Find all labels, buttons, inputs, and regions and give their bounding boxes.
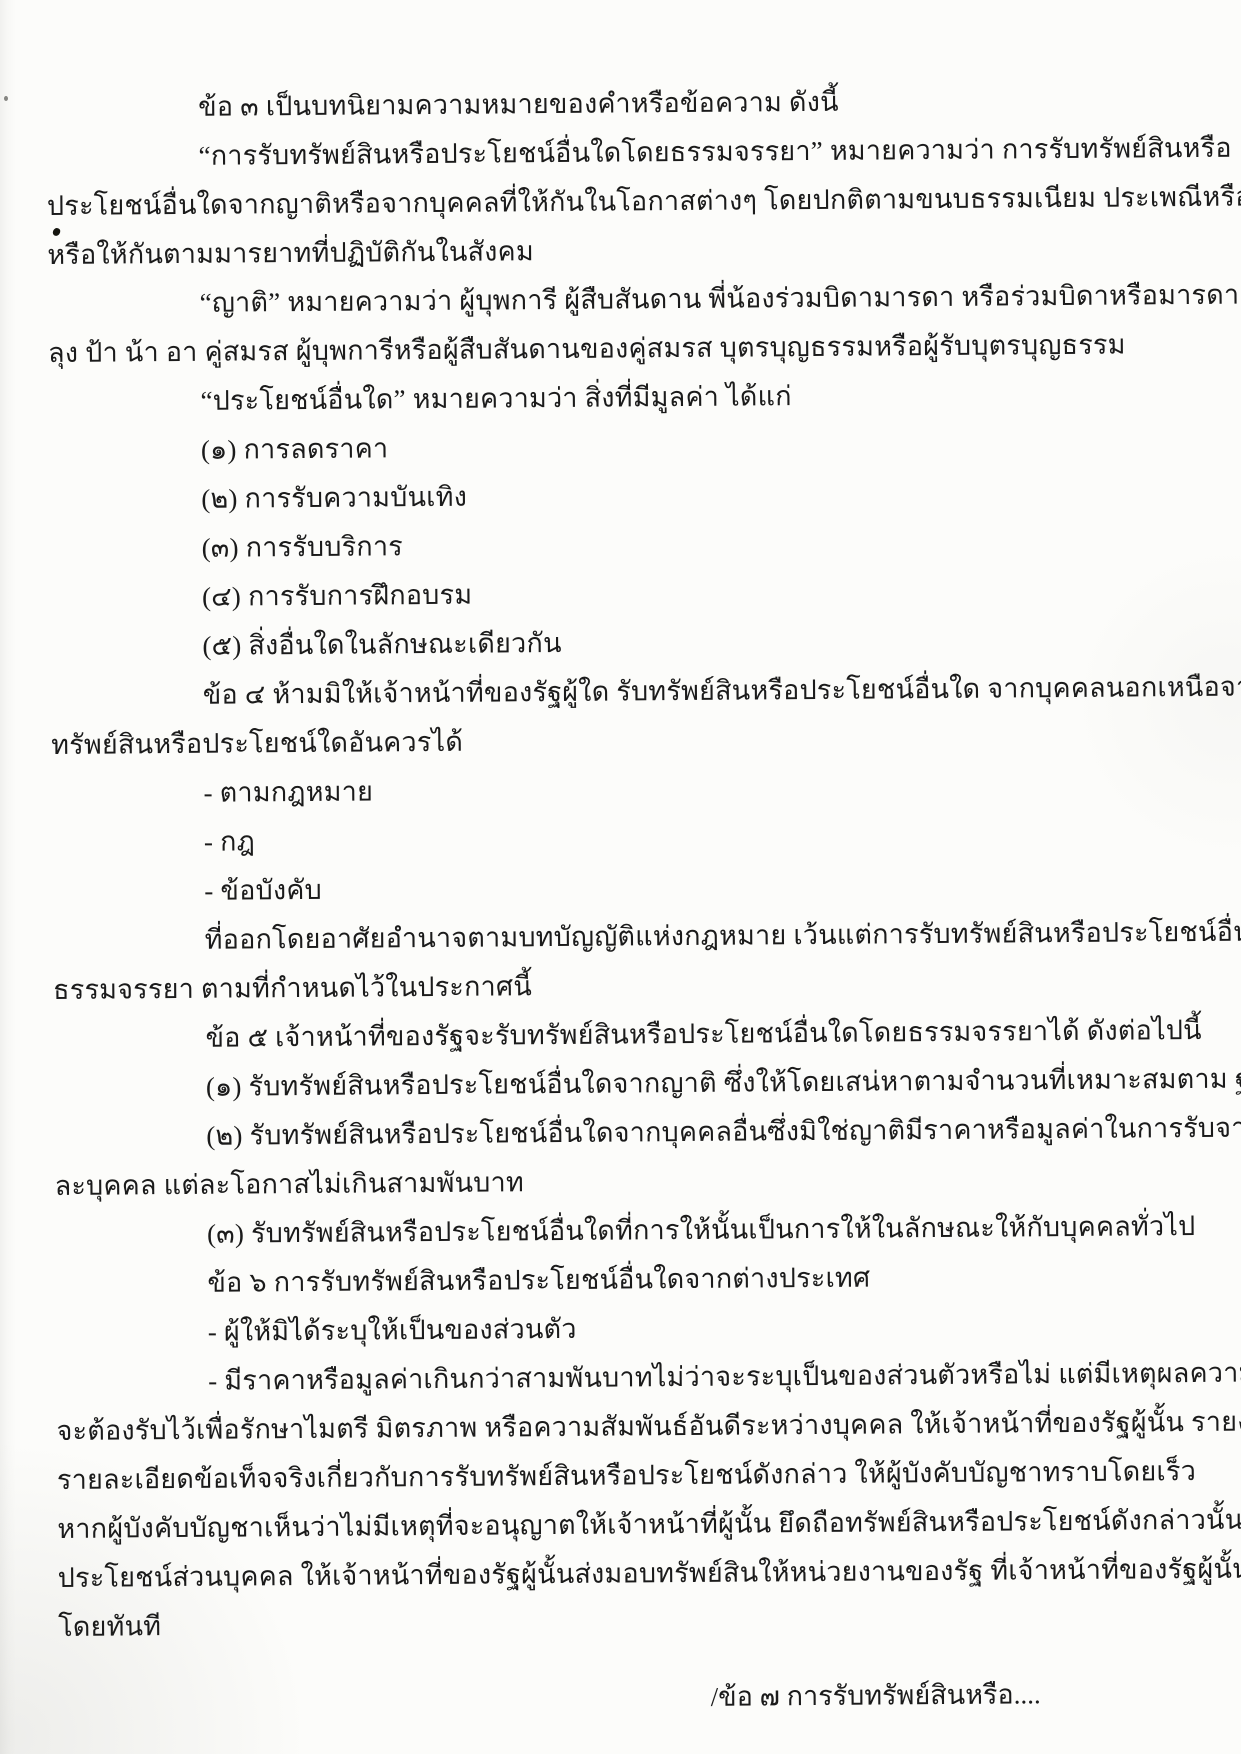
list-item: (๒) การรับความบันเทิง bbox=[49, 467, 1204, 525]
text-line: ธรรมจรรยา ตามที่กำหนดไว้ในประกาศนี้ bbox=[53, 957, 1208, 1015]
scan-speck bbox=[4, 96, 8, 101]
list-item: (๓) รับทรัพย์สินหรือประโยชน์อื่นใดที่การ… bbox=[55, 1202, 1210, 1260]
list-item: - กฎ bbox=[52, 810, 1207, 868]
text-line: จะต้องรับไว้เพื่อรักษาไมตรี มิตรภาพ หรือ… bbox=[56, 1398, 1211, 1456]
text-line: ประโยชน์ส่วนบุคคล ให้เจ้าหน้าที่ของรัฐผู… bbox=[58, 1545, 1213, 1603]
text-line: ลุง ป้า น้า อา คู่สมรส ผู้บุพการีหรือผู้… bbox=[48, 320, 1203, 378]
text-line: ข้อ ๕ เจ้าหน้าที่ของรัฐจะรับทรัพย์สินหรื… bbox=[53, 1006, 1208, 1064]
list-item: (๓) การรับบริการ bbox=[49, 516, 1204, 574]
text-line: รายละเอียดข้อเท็จจริงเกี่ยวกับการรับทรัพ… bbox=[57, 1447, 1212, 1505]
text-line: โดยทันที bbox=[58, 1594, 1213, 1652]
text-line: ที่ออกโดยอาศัยอำนาจตามบทบัญญัติแห่งกฎหมา… bbox=[53, 908, 1208, 966]
document-body: ข้อ ๓ เป็นบทนิยามความหมายของคำหรือข้อควา… bbox=[46, 75, 1214, 1754]
text-line: ข้อ ๔ ห้ามมิให้เจ้าหน้าที่ของรัฐผู้ใด รั… bbox=[51, 663, 1206, 721]
continuation-note: /ข้อ ๗ การรับทรัพย์สินหรือ.... bbox=[59, 1669, 1214, 1727]
list-item: (๑) รับทรัพย์สินหรือประโยชน์อื่นใดจากญาต… bbox=[54, 1055, 1209, 1113]
list-item: - ข้อบังคับ bbox=[52, 859, 1207, 917]
text-line: หากผู้บังคับบัญชาเห็นว่าไม่มีเหตุที่จะอน… bbox=[57, 1496, 1212, 1554]
scanned-document-page: ข้อ ๓ เป็นบทนิยามความหมายของคำหรือข้อควา… bbox=[0, 0, 1241, 1754]
list-item: (๒) รับทรัพย์สินหรือประโยชน์อื่นใดจากบุค… bbox=[54, 1104, 1209, 1162]
list-item: (๑) การลดราคา bbox=[49, 418, 1204, 476]
list-item: - มีราคาหรือมูลค่าเกินกว่าสามพันบาทไม่ว่… bbox=[56, 1349, 1211, 1407]
text-line: “ประโยชน์อื่นใด” หมายความว่า สิ่งที่มีมู… bbox=[48, 369, 1203, 427]
text-line: ประโยชน์อื่นใดจากญาติหรือจากบุคคลที่ให้ก… bbox=[47, 173, 1202, 231]
